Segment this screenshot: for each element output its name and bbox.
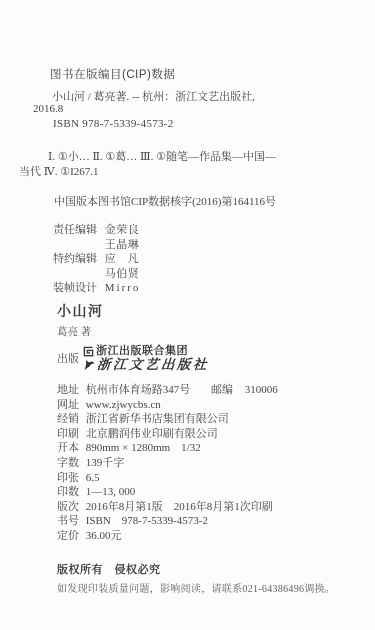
info-value: 36.00元 [86, 530, 122, 542]
cip-entry-line-1: 小山河 / 葛亮著. -- 杭州：浙江文艺出版社, [52, 88, 255, 104]
info-value: www.zjwycbs.cn [86, 399, 161, 411]
credit-row: 装帧设计 Mirro [53, 281, 140, 296]
credit-row: 责任编辑 金荣良 [53, 223, 140, 238]
credits-block: 责任编辑 金荣良 王晶琳 特约编辑 应 凡 马伯贤 装帧设计 Mirro [53, 223, 140, 296]
info-row: 字数 139千字 [57, 456, 278, 471]
credit-value: 王晶琳 [105, 239, 140, 251]
credit-value: 马伯贤 [105, 268, 140, 280]
info-value: 890mm × 1280mm 1/32 [86, 442, 201, 454]
book-block: 小山河 葛亮 著 [57, 301, 104, 339]
info-label: 印数 [57, 485, 83, 500]
info-row: 地址 杭州市体育场路347号 邮编 310006 [57, 383, 278, 398]
info-label: 印张 [57, 471, 83, 486]
info-row: 书号 ISBN 978-7-5339-4573-2 [57, 514, 278, 529]
credit-value: 金荣良 [105, 224, 140, 236]
info-value: 浙江省新华书店集团有限公司 [86, 413, 229, 425]
info-label: 版次 [57, 500, 83, 515]
credit-row: 特约编辑 应 凡 [53, 252, 140, 267]
info-value: 6.5 [86, 472, 100, 484]
postcode-label: 邮编 [211, 384, 233, 396]
info-label: 书号 [57, 514, 83, 529]
quality-contact-line: 如发现印装质量问题，影响阅读，请联系021-64386496调换。 [57, 580, 335, 595]
credit-label: 装帧设计 [53, 281, 102, 296]
info-row: 印张 6.5 [57, 471, 278, 486]
info-row: 版次 2016年8月第1版 2016年8月第1次印刷 [57, 500, 278, 515]
cip-entry-line-2: 2016.8 [33, 103, 63, 115]
info-value: 杭州市体育场路347号 [86, 384, 191, 396]
cip-header: 图书在版编目(CIP)数据 [50, 66, 175, 82]
book-author: 葛亮 著 [57, 324, 104, 339]
credit-label: 责任编辑 [53, 223, 102, 238]
credit-value: 应 凡 [105, 253, 140, 265]
publication-info-block: 地址 杭州市体育场路347号 邮编 310006 网址 www.zjwycbs.… [57, 383, 278, 544]
press-name: 浙江文艺出版社 [97, 358, 210, 371]
info-label: 经销 [57, 412, 83, 427]
publishing-group-logo-icon [83, 346, 94, 357]
info-value: 北京鹏润伟业印刷有限公司 [86, 428, 218, 440]
copyright-notice: 版权所有 侵权必究 [57, 561, 161, 577]
book-title: 小山河 [57, 301, 104, 321]
credit-row: 马伯贤 [53, 267, 140, 282]
info-value: 2016年8月第1版 2016年8月第1次印刷 [86, 501, 273, 513]
info-label: 印刷 [57, 427, 83, 442]
press-line: 浙江文艺出版社 [83, 358, 210, 371]
credit-label: 特约编辑 [53, 252, 102, 267]
info-label: 地址 [57, 383, 83, 398]
info-label: 定价 [57, 529, 83, 544]
credit-value: Mirro [105, 282, 141, 294]
publisher-block: 出版 浙江出版联合集团 浙江文艺出版社 [57, 345, 209, 371]
publisher-label: 出版 [57, 350, 83, 366]
info-row: 网址 www.zjwycbs.cn [57, 398, 278, 413]
cip-isbn-line: ISBN 978-7-5339-4573-2 [53, 118, 174, 130]
cip-classification-line-1: Ⅰ. ①小… Ⅱ. ①葛… Ⅲ. ①随笔—作品集—中国— [48, 148, 276, 164]
info-row: 印数 1—13, 000 [57, 485, 278, 500]
info-label: 字数 [57, 456, 83, 471]
info-value: 139千字 [86, 457, 125, 469]
press-bird-logo-icon [83, 359, 96, 371]
info-label: 开本 [57, 441, 83, 456]
credit-row: 王晶琳 [53, 238, 140, 253]
cip-record-number: 中国版本图书馆CIP数据核字(2016)第164116号 [54, 193, 276, 209]
copyright-page: 图书在版编目(CIP)数据 小山河 / 葛亮著. -- 杭州：浙江文艺出版社, … [0, 0, 375, 630]
info-row: 经销 浙江省新华书店集团有限公司 [57, 412, 278, 427]
info-row: 印刷 北京鹏润伟业印刷有限公司 [57, 427, 278, 442]
info-value: ISBN 978-7-5339-4573-2 [86, 515, 208, 527]
info-row: 定价 36.00元 [57, 529, 278, 544]
cip-classification-line-2: 当代 Ⅳ. ①I267.1 [19, 163, 99, 179]
info-label: 网址 [57, 398, 83, 413]
info-value: 1—13, 000 [86, 486, 136, 498]
publisher-lines: 浙江出版联合集团 浙江文艺出版社 [83, 345, 209, 371]
postcode-value: 310006 [245, 384, 278, 396]
info-row: 开本 890mm × 1280mm 1/32 [57, 441, 278, 456]
